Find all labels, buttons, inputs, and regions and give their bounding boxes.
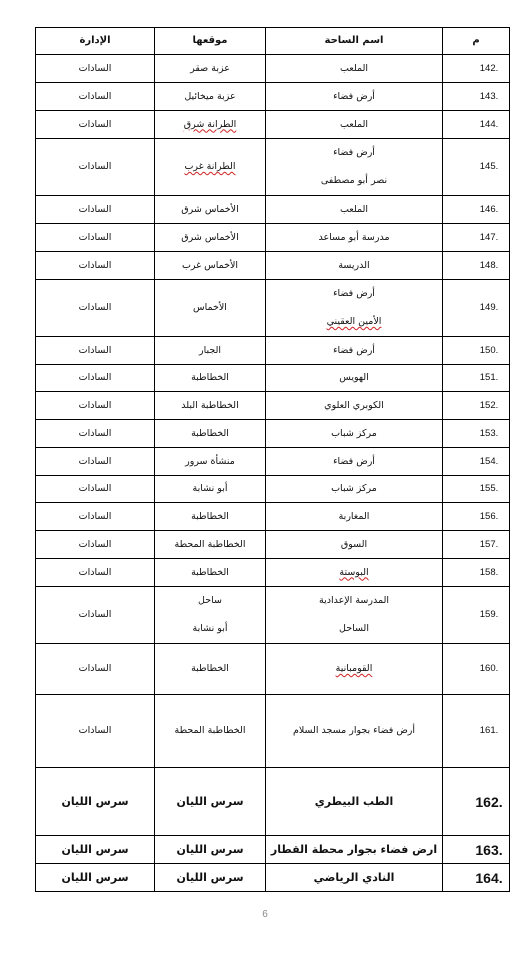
playground-location: الخطاطبة البلد [155,392,266,420]
table-row: 162.الطب البيطريسرس الليانسرس الليان [36,768,510,836]
table-row: 145.أرض فضاءنصر أبو مصطفىالطرانة غربالسا… [36,139,510,196]
playground-name-text: السوق [341,539,367,550]
row-number: 149. [443,280,510,337]
playground-name: الملعب [266,196,443,224]
playground-name: السوق [266,531,443,559]
playgrounds-table: م اسم الساحة موقعها الإدارة 142.الملعبعز… [35,27,510,892]
table-row: 154.أرض فضاءمنشأة سرورالسادات [36,448,510,476]
playground-name: مدرسة أبو مساعد [266,224,443,252]
table-row: 147.مدرسة أبو مساعدالأخماس شرقالسادات [36,224,510,252]
row-number: 145. [443,139,510,196]
playground-name: الملعب [266,111,443,139]
playground-name-text: النادي الرياضي [314,871,395,884]
row-number: 156. [443,503,510,531]
row-number: 154. [443,448,510,476]
row-number: 144. [443,111,510,139]
row-number: 163. [443,836,510,864]
row-number: 153. [443,420,510,448]
table-row: 157.السوقالخطاطبة المحطةالسادات [36,531,510,559]
playground-name: البوستة [266,559,443,587]
playground-location: الأخماس غرب [155,252,266,280]
table-body: 142.الملعبعزبة صقرالسادات143.أرض فضاءعزب… [36,55,510,892]
playground-name-text: الدريسة [338,260,369,271]
row-number: 150. [443,337,510,365]
row-number: 151. [443,365,510,392]
playground-location: سرس الليان [155,836,266,864]
row-number: 147. [443,224,510,252]
playground-name-text: البوستة [339,567,368,578]
playground-name-text: القومبانية [336,663,373,674]
playground-name-text: أرض فضاء [266,280,442,308]
table-row: 148.الدريسةالأخماس غربالسادات [36,252,510,280]
playground-location: الخطاطبة المحطة [155,695,266,768]
table-row: 159.المدرسة الإعداديةالساحلساحلأبو نشابة… [36,587,510,644]
administration: السادات [36,476,155,503]
playground-name: الهويس [266,365,443,392]
playground-name: أرض فضاء [266,337,443,365]
playground-name: أرض فضاء بجوار مسجد السلام [266,695,443,768]
playground-name: الطب البيطري [266,768,443,836]
playground-location: سرس الليان [155,768,266,836]
playground-location-text: أبو نشابة [155,615,265,643]
header-location: موقعها [155,28,266,55]
playground-location: الجبار [155,337,266,365]
playground-name: الملعب [266,55,443,83]
table-row: 164.النادي الرياضيسرس الليانسرس الليان [36,864,510,892]
playground-location-text: أبو نشابة [193,483,228,494]
playground-location-text: الأخماس شرق [181,232,239,243]
administration: السادات [36,695,155,768]
table-row: 149.أرض فضاءالأمين العقينيالأخماسالسادات [36,280,510,337]
row-number: 161. [443,695,510,768]
row-number: 158. [443,559,510,587]
table-row: 163.ارض فضاء بجوار محطة القطارسرس الليان… [36,836,510,864]
playground-location-text: الخطاطبة [191,663,229,674]
playground-location-text: منشأة سرور [185,456,235,467]
administration: السادات [36,83,155,111]
table-row: 146.الملعبالأخماس شرقالسادات [36,196,510,224]
playground-location: سرس الليان [155,864,266,892]
playground-location: الخطاطبة [155,503,266,531]
table-row: 143.أرض فضاءعزبة ميخائيلالسادات [36,83,510,111]
row-number: 142. [443,55,510,83]
playground-name: المغاربة [266,503,443,531]
row-number: 146. [443,196,510,224]
playground-location-text: عزبة ميخائيل [184,91,235,102]
administration: السادات [36,280,155,337]
administration: السادات [36,365,155,392]
playground-location: الخطاطبة المحطة [155,531,266,559]
playground-location-text: الأخماس شرق [181,204,239,215]
playground-name-text: الكوبري العلوي [324,400,384,411]
administration: السادات [36,392,155,420]
playground-location: أبو نشابة [155,476,266,503]
row-number: 148. [443,252,510,280]
playground-name-text: الساحل [266,615,442,643]
playground-name: النادي الرياضي [266,864,443,892]
table-header-row: م اسم الساحة موقعها الإدارة [36,28,510,55]
administration: السادات [36,55,155,83]
header-administration: الإدارة [36,28,155,55]
administration: سرس الليان [36,768,155,836]
playground-name: الكوبري العلوي [266,392,443,420]
playground-location-text: الخطاطبة [191,372,229,383]
administration: السادات [36,196,155,224]
administration: السادات [36,448,155,476]
playground-location-text: الخطاطبة المحطة [175,539,246,550]
playground-name-text: الطب البيطري [315,795,394,808]
header-name: اسم الساحة [266,28,443,55]
administration: السادات [36,224,155,252]
administration: السادات [36,587,155,644]
playground-name: مركز شباب [266,420,443,448]
playground-name-text: أرض فضاء [333,456,375,467]
header-number: م [443,28,510,55]
playground-location-text: سرس الليان [176,843,243,856]
playground-location: الخطاطبة [155,365,266,392]
playground-name: أرض فضاءالأمين العقيني [266,280,443,337]
playground-name-text: مدرسة أبو مساعد [318,232,389,243]
playground-location-text: الخطاطبة [191,567,229,578]
playground-location: منشأة سرور [155,448,266,476]
administration: السادات [36,531,155,559]
document-page: م اسم الساحة موقعها الإدارة 142.الملعبعز… [0,0,530,969]
table-row: 155.مركز شبابأبو نشابةالسادات [36,476,510,503]
playground-name: أرض فضاءنصر أبو مصطفى [266,139,443,196]
administration: السادات [36,644,155,695]
playground-location-text: الخطاطبة البلد [181,400,238,411]
row-number: 164. [443,864,510,892]
playground-location-text: سرس الليان [176,795,243,808]
administration: سرس الليان [36,836,155,864]
row-number: 160. [443,644,510,695]
playground-location-text: الأخماس غرب [182,260,238,271]
playground-name-text: أرض فضاء [266,139,442,167]
playground-name-text: الملعب [340,204,368,215]
table-row: 160.القومبانيةالخطاطبةالسادات [36,644,510,695]
administration: سرس الليان [36,864,155,892]
table-row: 150.أرض فضاءالجبارالسادات [36,337,510,365]
playground-location: الطرانة غرب [155,139,266,196]
playground-name-text: نصر أبو مصطفى [266,167,442,195]
playground-location-text: ساحل [155,587,265,615]
playground-location: الأخماس شرق [155,224,266,252]
playground-location-text: الخطاطبة [191,428,229,439]
playground-name: ارض فضاء بجوار محطة القطار [266,836,443,864]
playground-name: أرض فضاء [266,448,443,476]
playground-location: الأخماس شرق [155,196,266,224]
playground-location-text: الطرانة غرب [184,161,235,172]
playground-location-text: سرس الليان [176,871,243,884]
table-row: 161.أرض فضاء بجوار مسجد السلامالخطاطبة ا… [36,695,510,768]
playground-name-text: ارض فضاء بجوار محطة القطار [271,843,437,856]
playground-name-text: أرض فضاء [333,345,375,356]
playground-location-text: الأخماس [193,302,227,313]
playground-location: ساحلأبو نشابة [155,587,266,644]
playground-location-text: عزبة صقر [190,63,230,74]
playground-location-text: الطرانة شرق [184,119,237,130]
table-row: 158.البوستةالخطاطبةالسادات [36,559,510,587]
playground-location: الأخماس [155,280,266,337]
row-number: 143. [443,83,510,111]
playground-name: مركز شباب [266,476,443,503]
playground-location: عزبة ميخائيل [155,83,266,111]
row-number: 157. [443,531,510,559]
playground-name-text: الهويس [339,372,369,383]
playground-name-text: مركز شباب [331,483,377,494]
playground-name: المدرسة الإعداديةالساحل [266,587,443,644]
page-number: 6 [0,909,530,920]
table-row: 144.الملعبالطرانة شرقالسادات [36,111,510,139]
administration: السادات [36,111,155,139]
row-number: 162. [443,768,510,836]
playground-name-text: أرض فضاء [333,91,375,102]
playground-location: الخطاطبة [155,559,266,587]
administration: السادات [36,139,155,196]
table-row: 156.المغاربةالخطاطبةالسادات [36,503,510,531]
playground-location-text: الخطاطبة [191,511,229,522]
row-number: 155. [443,476,510,503]
administration: السادات [36,252,155,280]
administration: السادات [36,337,155,365]
table-row: 153.مركز شبابالخطاطبةالسادات [36,420,510,448]
playground-name-text: الملعب [340,119,368,130]
playground-location: الطرانة شرق [155,111,266,139]
table-row: 151.الهويسالخطاطبةالسادات [36,365,510,392]
playground-name-text: أرض فضاء بجوار مسجد السلام [293,725,415,736]
row-number: 152. [443,392,510,420]
playground-name: القومبانية [266,644,443,695]
playground-location: الخطاطبة [155,644,266,695]
administration: السادات [36,559,155,587]
playground-name: أرض فضاء [266,83,443,111]
playground-name-text: المغاربة [339,511,370,522]
row-number: 159. [443,587,510,644]
playground-location: عزبة صقر [155,55,266,83]
playground-location: الخطاطبة [155,420,266,448]
administration: السادات [36,420,155,448]
administration: السادات [36,503,155,531]
table-row: 152.الكوبري العلويالخطاطبة البلدالسادات [36,392,510,420]
playground-location-text: الجبار [199,345,221,356]
playground-name-text: مركز شباب [331,428,377,439]
playground-name: الدريسة [266,252,443,280]
playground-name-text: المدرسة الإعدادية [266,587,442,615]
playground-name-text: الملعب [340,63,368,74]
playground-name-text: الأمين العقيني [266,308,442,336]
playground-location-text: الخطاطبة المحطة [175,725,246,736]
table-row: 142.الملعبعزبة صقرالسادات [36,55,510,83]
